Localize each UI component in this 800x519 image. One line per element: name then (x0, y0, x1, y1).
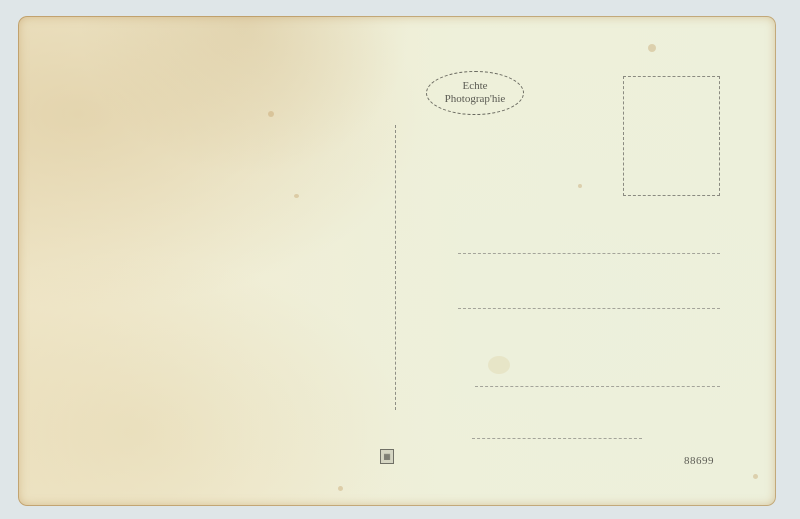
stamp-text-line2: Photograp'hie (445, 93, 506, 106)
age-stain (268, 111, 274, 117)
address-line-3 (475, 386, 720, 387)
center-divider (395, 125, 396, 410)
age-stain (578, 184, 582, 188)
card-number: 88699 (684, 455, 714, 467)
age-stain (488, 356, 510, 374)
address-line-2 (458, 308, 720, 309)
address-line-1 (458, 253, 720, 254)
age-stain (648, 44, 656, 52)
stamp-text-line1: Echte (462, 80, 487, 93)
address-line-4 (472, 438, 642, 439)
echte-photographie-stamp: Echte Photograp'hie (426, 71, 524, 115)
age-stain (294, 194, 299, 198)
age-stain (753, 474, 758, 479)
publisher-logo-icon: ▦ (380, 449, 394, 464)
postage-stamp-box (623, 76, 720, 196)
age-stain (338, 486, 343, 491)
